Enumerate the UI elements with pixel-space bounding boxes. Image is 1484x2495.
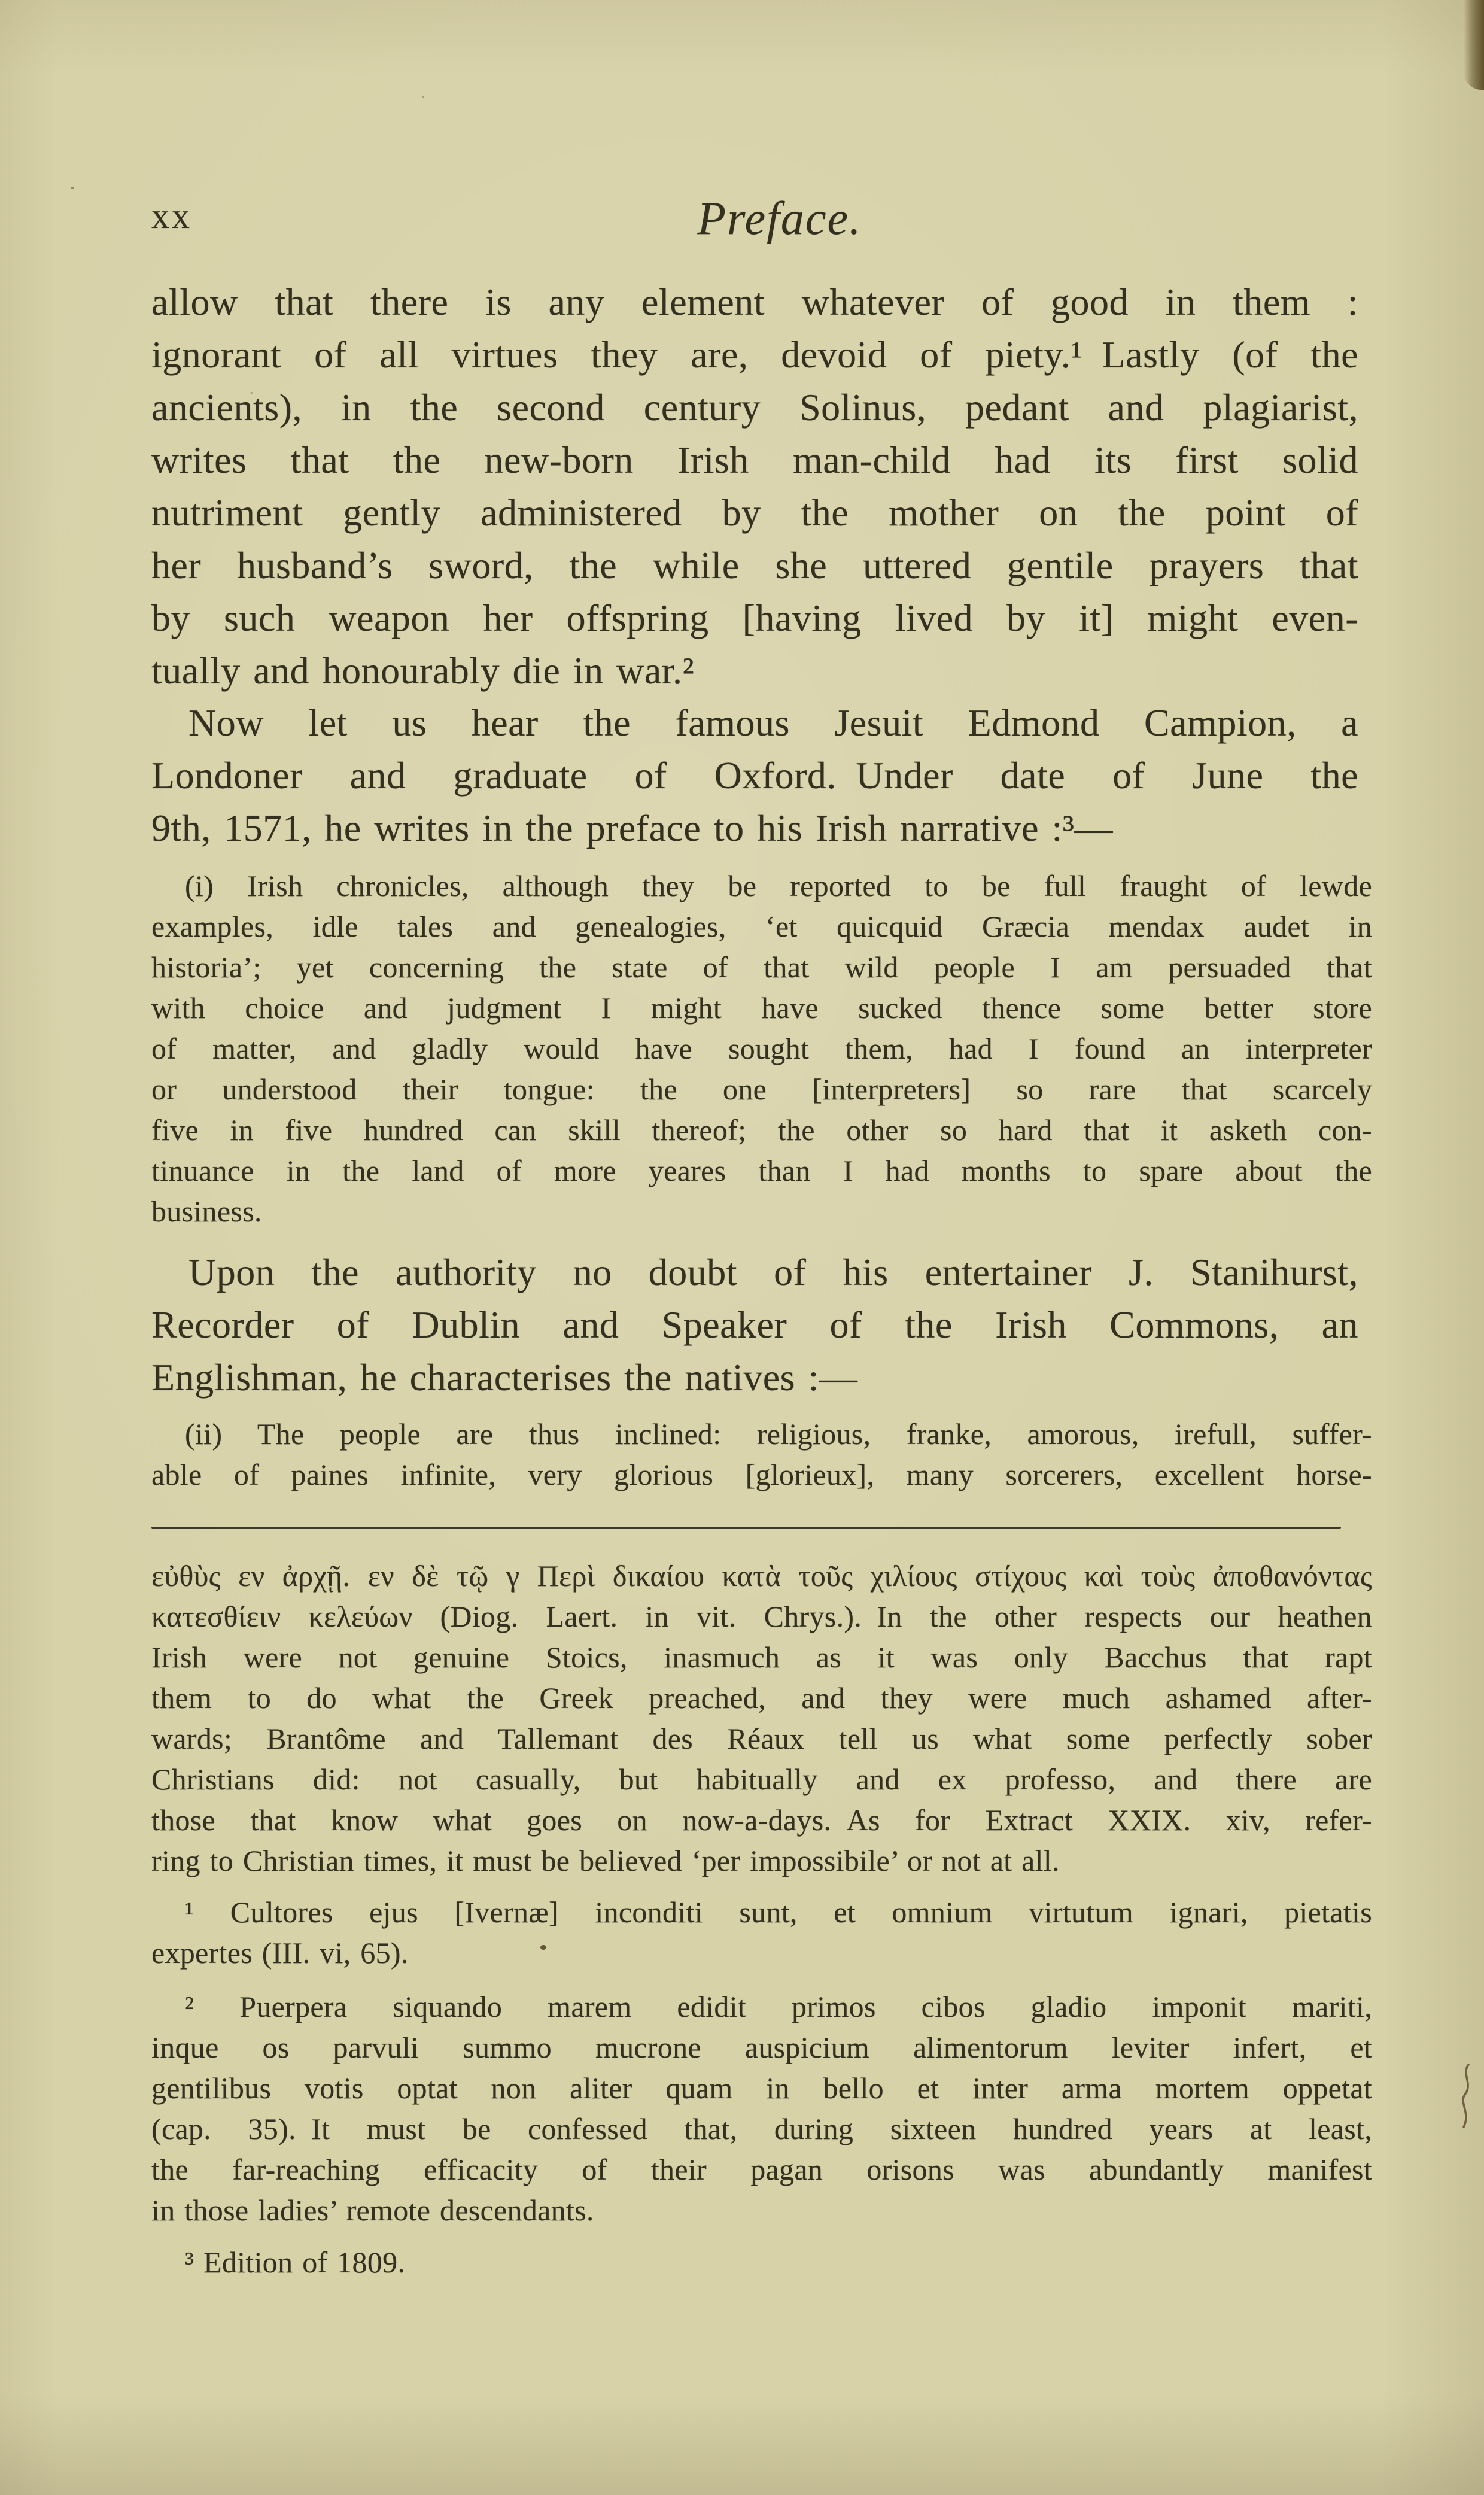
text-line: tinuance in the land of more yeares than… — [151, 1150, 1372, 1191]
text-line: by such weapon her offspring [having liv… — [151, 592, 1358, 645]
extract-ii: (ii) The people are thus inclined: relig… — [151, 1414, 1372, 1495]
text-line: ancients), in the second century Solinus… — [151, 381, 1358, 434]
text-line: ³ Edition of 1809. — [151, 2242, 1372, 2283]
paper-speck — [250, 392, 253, 394]
text-line: writes that the new-born Irish man-child… — [151, 434, 1358, 487]
paragraph-2: Now let us hear the famous Jesuit Edmond… — [151, 697, 1358, 855]
text-line: historia’; yet concerning the state of t… — [151, 947, 1372, 987]
text-line: business. — [151, 1191, 1372, 1232]
footnote-2: ² Puerpera siquando marem edidit primos … — [151, 1986, 1372, 2230]
text-line: gentilibus votis optat non aliter quam i… — [151, 2068, 1372, 2108]
text-line: ring to Christian times, it must be beli… — [151, 1840, 1372, 1881]
paper-fiber-mark — [1455, 2064, 1479, 2129]
footnote-1: ¹ Cultores ejus [Ivernæ] inconditi sunt,… — [151, 1892, 1372, 1973]
text-line: tually and honourably die in war.² — [151, 645, 1358, 697]
text-line: Englishman, he characterises the natives… — [151, 1351, 1358, 1404]
text-line: (cap. 35). It must be confessed that, du… — [151, 2108, 1372, 2149]
footnote-separator — [151, 1527, 1341, 1529]
text-line: nutriment gently administered by the mot… — [151, 487, 1358, 539]
paragraph-3: Upon the authority no doubt of his enter… — [151, 1246, 1358, 1404]
running-title: Preface. — [151, 192, 1408, 245]
text-line: of matter, and gladly would have sought … — [151, 1028, 1372, 1069]
text-line: them to do what the Greek preached, and … — [151, 1677, 1372, 1718]
page-edge-shadow — [1464, 0, 1484, 90]
text-line: Irish were not genuine Stoics, inasmuch … — [151, 1637, 1372, 1677]
text-line: in those ladies’ remote descendants. — [151, 2190, 1372, 2230]
text-line: able of paines infinite, very glorious [… — [151, 1454, 1372, 1495]
text-line: examples, idle tales and genealogies, ‘e… — [151, 906, 1372, 947]
text-line: the far-reaching efficacity of their pag… — [151, 2149, 1372, 2190]
text-line: or understood their tongue: the one [int… — [151, 1069, 1372, 1110]
text-line: expertes (III. vi, 65). — [151, 1932, 1372, 1973]
paper-speck — [422, 96, 424, 98]
text-line: (i) Irish chronicles, although they be r… — [151, 865, 1372, 906]
text-line: ignorant of all virtues they are, devoid… — [151, 329, 1358, 381]
footnote-continuation: εὐθὺς εν ἀρχῇ. εν δὲ τῷ γ Περὶ δικαίου κ… — [151, 1555, 1372, 1881]
paragraph-1: allow that there is any element whatever… — [151, 276, 1358, 697]
text-line: ² Puerpera siquando marem edidit primos … — [151, 1986, 1372, 2027]
text-line: five in five hundred can skill thereof; … — [151, 1110, 1372, 1150]
text-line: (ii) The people are thus inclined: relig… — [151, 1414, 1372, 1454]
text-line: inque os parvuli summo mucrone auspicium… — [151, 2027, 1372, 2068]
text-line: allow that there is any element whatever… — [151, 276, 1358, 329]
text-line: Christians did: not casually, but habitu… — [151, 1759, 1372, 1800]
book-page: xx Preface. allow that there is any elem… — [0, 0, 1484, 2495]
text-line: Recorder of Dublin and Speaker of the Ir… — [151, 1299, 1358, 1351]
text-line: those that know what goes on now-a-days.… — [151, 1800, 1372, 1840]
extract-i: (i) Irish chronicles, although they be r… — [151, 865, 1372, 1232]
text-line: εὐθὺς εν ἀρχῇ. εν δὲ τῷ γ Περὶ δικαίου κ… — [151, 1555, 1372, 1596]
text-line: with choice and judgment I might have su… — [151, 987, 1372, 1028]
paper-speck — [540, 1945, 546, 1950]
text-line: her husband’s sword, the while she utter… — [151, 539, 1358, 592]
paper-speck — [70, 186, 74, 190]
text-line: ¹ Cultores ejus [Ivernæ] inconditi sunt,… — [151, 1892, 1372, 1932]
footnote-3: ³ Edition of 1809. — [151, 2242, 1372, 2283]
text-line: Now let us hear the famous Jesuit Edmond… — [151, 697, 1358, 749]
text-line: wards; Brantôme and Tallemant des Réaux … — [151, 1718, 1372, 1759]
page-header: xx Preface. — [151, 180, 1408, 245]
text-line: 9th, 1571, he writes in the preface to h… — [151, 802, 1358, 855]
text-line: κατεσθίειν κελεύων (Diog. Laert. in vit.… — [151, 1596, 1372, 1637]
paper-speck — [1337, 1044, 1340, 1047]
text-line: Upon the authority no doubt of his enter… — [151, 1246, 1358, 1299]
text-line: Londoner and graduate of Oxford. Under d… — [151, 749, 1358, 802]
